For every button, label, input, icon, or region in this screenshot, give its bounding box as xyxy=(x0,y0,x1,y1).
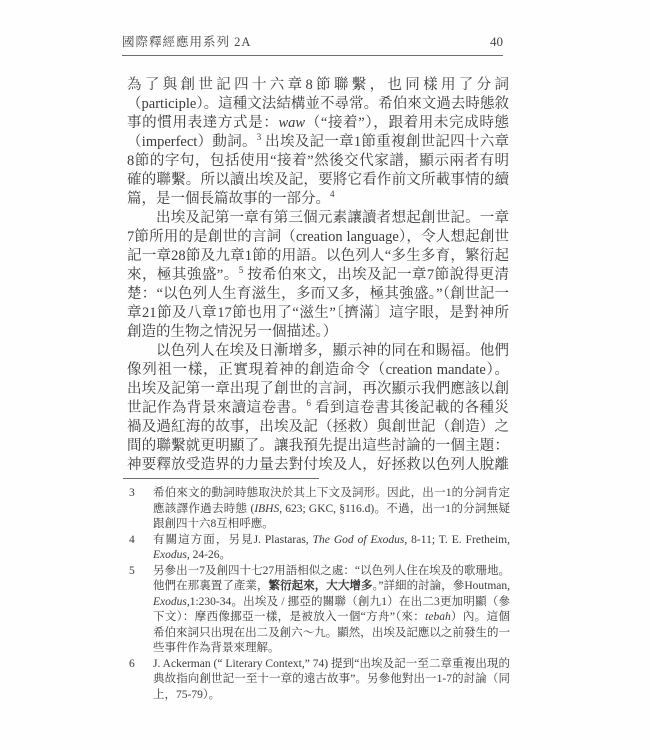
text-run: 。”詳細的討論，參Houtman, xyxy=(373,580,510,592)
italic-term: tebah xyxy=(425,611,451,623)
footnote-number: 6 xyxy=(129,657,153,704)
footnote-list: 3希伯來文的動詞時態取決於其上下文及詞形。因此，出一1的分詞肯定應該譯作過去時態… xyxy=(129,486,510,726)
book-page: 國際釋經應用系列 2A 40 為了與創世記四十六章8節聯繫，也同樣用了分詞（pa… xyxy=(0,0,650,750)
series-title: 國際釋經應用系列 2A xyxy=(122,32,251,50)
footnote-text: J. Ackerman (“ Literary Context,” 74) 提到… xyxy=(153,657,510,704)
italic-term: The God of Exodus xyxy=(313,534,405,546)
footnote-text: 希伯來文的動詞時態取決於其上下文及詞形。因此，出一1的分詞肯定應該譯作過去時態 … xyxy=(153,486,510,533)
footnote-text: 有關這方面，另見J. Plastaras, The God of Exodus,… xyxy=(153,533,510,564)
footnote-item: 6J. Ackerman (“ Literary Context,” 74) 提… xyxy=(129,657,510,704)
italic-term: Exodus xyxy=(153,596,187,608)
paragraph: 以色列人在埃及日漸增多，顯示神的同在和賜福。他們像列祖一樣，正實現着神的創造命令… xyxy=(127,342,509,472)
main-text: 為了與創世記四十六章8節聯繫，也同樣用了分詞（participle）。這種文法結… xyxy=(127,76,509,472)
text-run: J. Ackerman (“ Literary Context,” 74) 提到… xyxy=(153,658,510,701)
italic-term: waw xyxy=(279,115,306,131)
footnote-number: 4 xyxy=(129,533,153,564)
footnote-item: 5另參出一7及創四十七27用語相似之處：“以色列人住在埃及的歌珊地。他們在那裏置… xyxy=(129,564,510,657)
italic-term: Exodus xyxy=(153,549,187,561)
page-number: 40 xyxy=(490,34,503,50)
footnote-text: 另參出一7及創四十七27用語相似之處：“以色列人住在埃及的歌珊地。他們在那裏置了… xyxy=(153,564,510,657)
paragraph: 為了與創世記四十六章8節聯繫，也同樣用了分詞（participle）。這種文法結… xyxy=(127,76,509,209)
italic-term: IBHS xyxy=(254,503,279,515)
text-run: , 8-11; T. E. Fretheim, xyxy=(404,534,510,546)
footnote-number: 5 xyxy=(129,564,153,657)
text-run: 有關這方面，另見J. Plastaras, xyxy=(153,534,313,546)
footnote-separator xyxy=(123,478,319,479)
text-run: , 24-26。 xyxy=(187,549,231,561)
footnote-reference: 4 xyxy=(330,189,335,199)
page-header: 國際釋經應用系列 2A 40 xyxy=(122,32,503,56)
footnote-item: 4有關這方面，另見J. Plastaras, The God of Exodus… xyxy=(129,533,510,564)
paragraph: 出埃及記第一章有第三個元素讓讀者想起創世記。一章7節所用的是創世的言詞（crea… xyxy=(127,209,509,342)
footnote-item: 3希伯來文的動詞時態取決於其上下文及詞形。因此，出一1的分詞肯定應該譯作過去時態… xyxy=(129,486,510,533)
bold-phrase: 繁衍起來，大大增多 xyxy=(269,580,373,592)
footnote-number: 3 xyxy=(129,486,153,533)
